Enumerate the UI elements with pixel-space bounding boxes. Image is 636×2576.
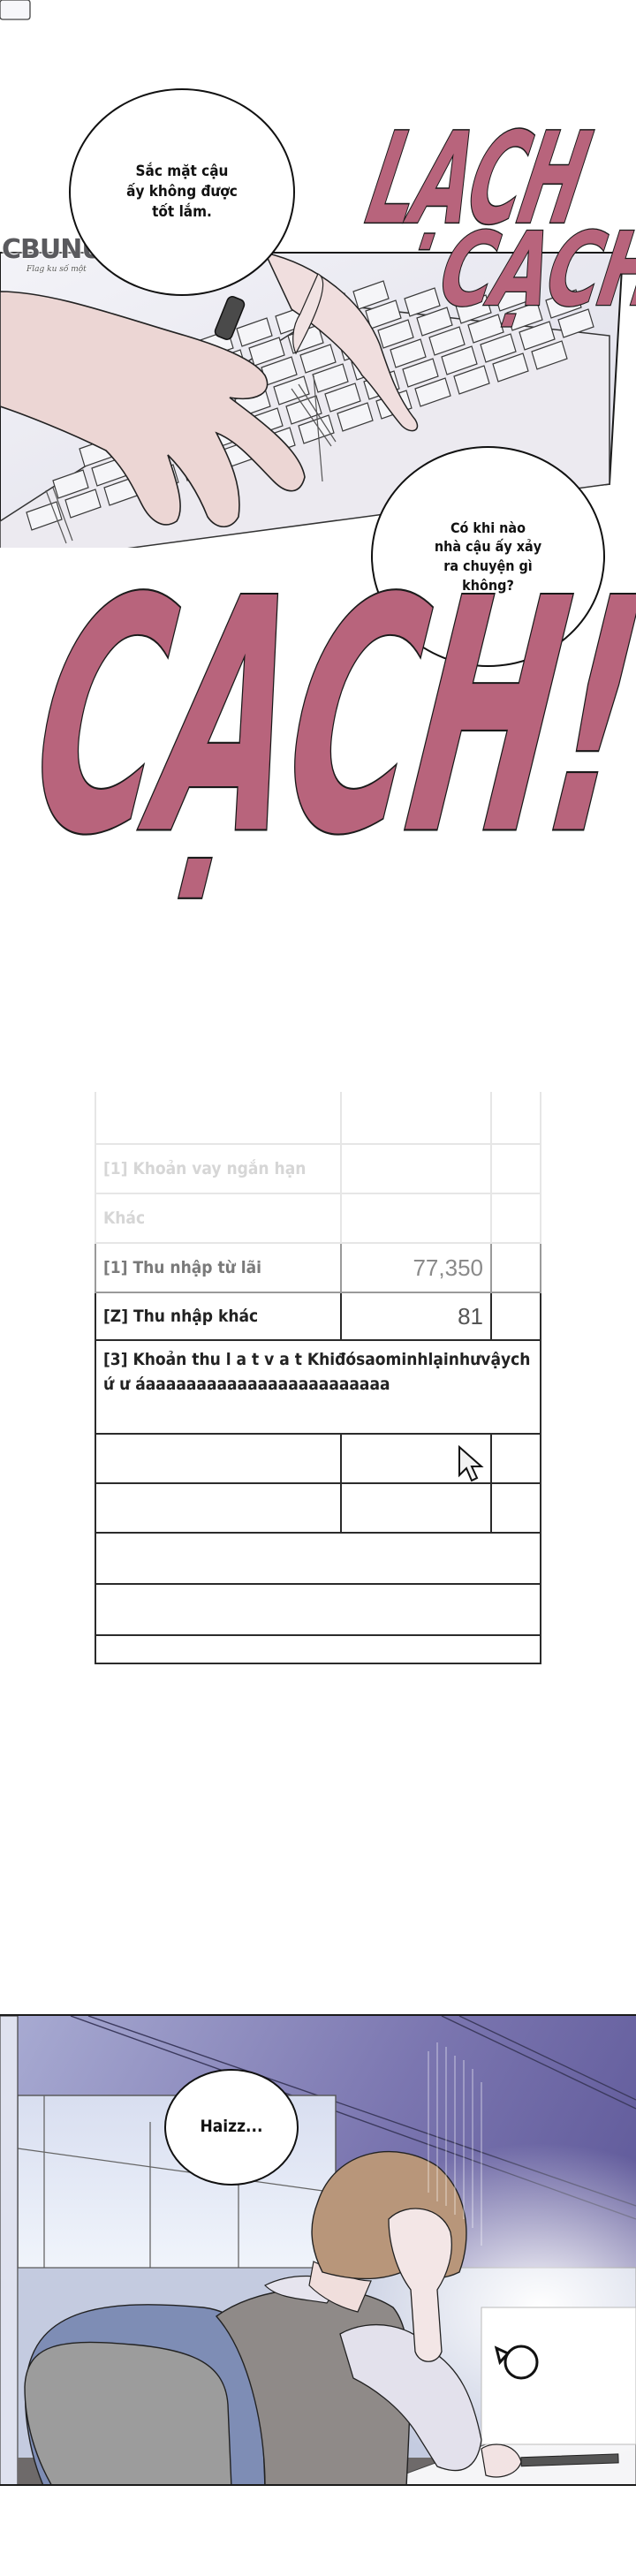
table-row xyxy=(95,1092,541,1145)
row-extra-cell[interactable] xyxy=(492,1092,541,1143)
row-label-cell[interactable]: Khác xyxy=(95,1194,342,1242)
table-row-empty xyxy=(95,1484,541,1534)
row-value-cell[interactable] xyxy=(342,1194,492,1242)
table-row-long: [3] Khoản thu l a t v a t Khiđósaominhlạ… xyxy=(95,1341,541,1435)
table-row-merged xyxy=(95,1534,541,1585)
table-row: [1] Khoản vay ngắn hạn xyxy=(95,1145,541,1194)
empty-cell[interactable] xyxy=(492,1435,541,1482)
row-label-cell[interactable]: [1] Thu nhập từ lãi xyxy=(95,1244,342,1292)
long-text: [3] Khoản thu l a t v a t Khiđósaominhlạ… xyxy=(103,1348,533,1397)
table-row: Khác xyxy=(95,1194,541,1244)
speech-text: Haizz... xyxy=(200,2116,262,2139)
row-value-cell[interactable] xyxy=(342,1092,492,1143)
speech-bubble: Sắc mặt cậu ấy không được tốt lắm. xyxy=(69,88,295,296)
mouse-pointer-icon xyxy=(458,1445,484,1489)
merged-cell[interactable] xyxy=(95,1636,541,1663)
row-label: Khác xyxy=(103,1208,145,1228)
row-extra-cell[interactable] xyxy=(492,1145,541,1193)
row-value-cell[interactable]: 77,350 xyxy=(342,1244,492,1292)
row-label: [Z] Thu nhập khác xyxy=(103,1307,258,1326)
table-row-merged xyxy=(95,1585,541,1636)
row-extra-cell[interactable] xyxy=(492,1293,541,1339)
sfx-cach: CẠCH xyxy=(435,225,636,316)
table-row: [1] Thu nhập từ lãi77,350 xyxy=(95,1244,541,1293)
row-value: 77,350 xyxy=(413,1254,483,1282)
row-label: [1] Khoản vay ngắn hạn xyxy=(103,1159,306,1178)
merged-cell[interactable] xyxy=(95,1585,541,1634)
row-label: [1] Thu nhập từ lãi xyxy=(103,1258,261,1277)
row-extra-cell[interactable] xyxy=(492,1244,541,1292)
table-row: [Z] Thu nhập khác81 xyxy=(95,1293,541,1341)
row-extra-cell[interactable] xyxy=(492,1194,541,1242)
row-label-cell[interactable] xyxy=(95,1092,342,1143)
empty-cell[interactable] xyxy=(492,1484,541,1532)
row-value: 81 xyxy=(458,1303,483,1330)
long-text-cell[interactable]: [3] Khoản thu l a t v a t Khiđósaominhlạ… xyxy=(95,1341,541,1433)
row-label-cell[interactable]: [1] Khoản vay ngắn hạn xyxy=(95,1145,342,1193)
row-label-cell[interactable]: [Z] Thu nhập khác xyxy=(95,1293,342,1339)
table-row-merged xyxy=(95,1636,541,1664)
speech-text: Sắc mặt cậu ấy không được tốt lắm. xyxy=(126,162,238,223)
merged-cell[interactable] xyxy=(95,1534,541,1583)
empty-cell[interactable] xyxy=(95,1435,342,1482)
empty-cell[interactable] xyxy=(95,1484,342,1532)
empty-cell[interactable] xyxy=(342,1484,492,1532)
panel-office xyxy=(0,2014,636,2486)
speech-bubble: Haizz... xyxy=(164,2069,299,2186)
spreadsheet: [1] Khoản vay ngắn hạnKhác[1] Thu nhập t… xyxy=(95,1092,541,1664)
watermark-subtitle: Flag ku số một xyxy=(26,265,101,274)
row-value-cell[interactable] xyxy=(342,1145,492,1193)
office-illustration xyxy=(0,2016,636,2486)
row-value-cell[interactable]: 81 xyxy=(342,1293,492,1339)
sfx-cach-big: CẠCH! xyxy=(21,574,636,864)
